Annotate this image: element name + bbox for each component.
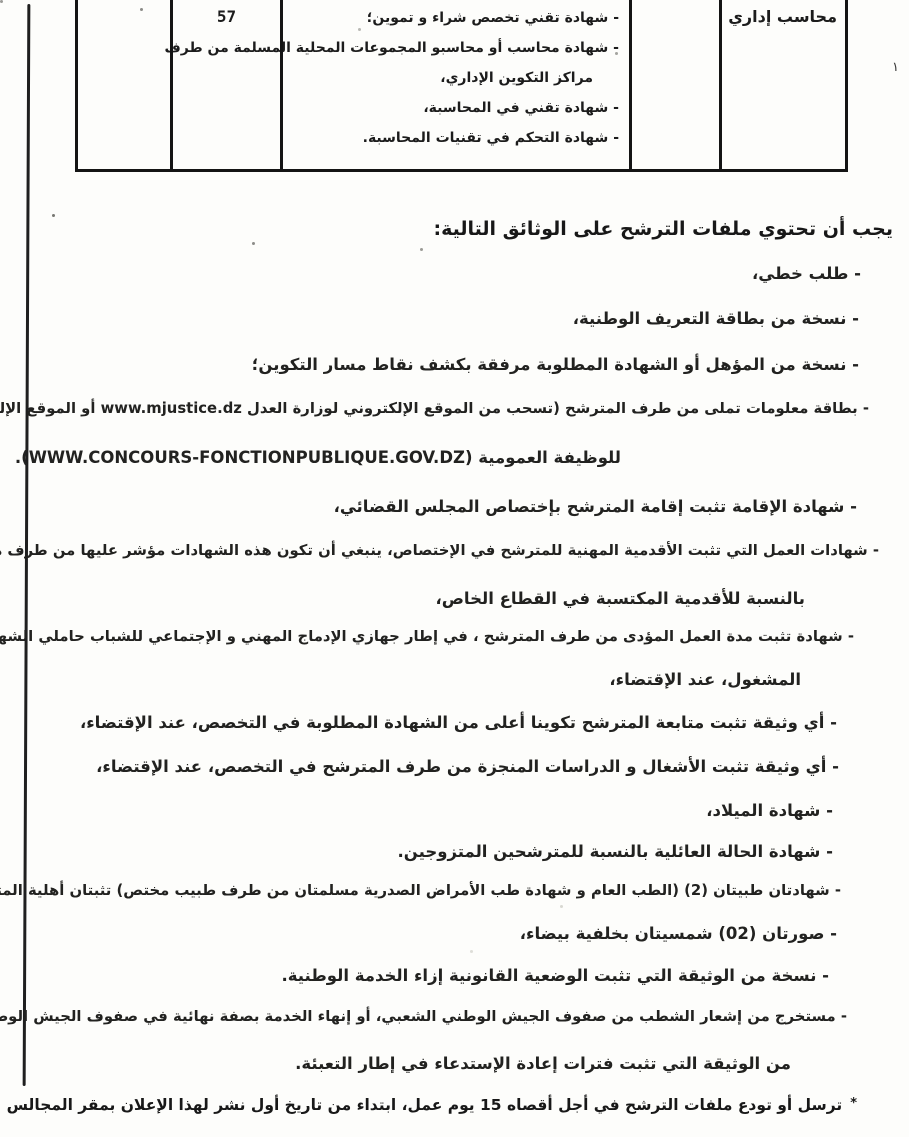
list-item: - شهادة الحالة العائلية بالنسبة للمترشحي… [398,842,833,861]
scanned-announcement-page: محاسب إداري - شهادة تقني تخصص شراء و تمو… [0,0,909,1137]
certificate-line: - شهادة محاسب أو محاسبو المجموعات المحلي… [287,33,619,63]
list-item: - نسخة من بطاقة التعريف الوطنية، [573,309,859,328]
list-item: - طلب خطي، [752,264,861,283]
certificate-line: - شهادة التحكم في تقنيات المحاسبة. [287,123,619,153]
list-item-continuation: من الوثيقة التي تثبت فترات إعادة الإستدع… [295,1054,791,1073]
table-cell-empty [632,0,722,169]
list-item: - أي وثيقة تثبت متابعة المترشح تكوينا أع… [80,713,837,732]
list-item-continuation: المشغول، عند الإقتضاء، [609,670,801,689]
list-item: - شهادات العمل التي تثبت الأقدمية المهني… [0,542,879,559]
list-item: - بطاقة معلومات تملى من طرف المترشح (تسح… [0,400,869,417]
list-item-continuation: للوظيفة العمومية (WWW.CONCOURS-FONCTIONP… [15,448,621,467]
certificate-line: - شهادة تقني تخصص شراء و تموين؛ [287,3,619,33]
list-item-continuation: بالنسبة للأقدمية المكتسبة في القطاع الخا… [435,589,805,608]
table-cell-empty [81,0,173,169]
certificate-line: - شهادة تقني في المحاسبة، [287,93,619,123]
list-item: - نسخة من الوثيقة التي تثبت الوضعية القا… [282,966,829,985]
list-item: - شهادة الإقامة تثبت إقامة المترشح بإختص… [334,497,857,516]
list-item: - شهادة تثبت مدة العمل المؤدى من طرف الم… [0,628,854,645]
requirements-heading: يجب أن تحتوي ملفات الترشح على الوثائق ال… [434,218,894,240]
positions-count-text: 57 [217,7,236,26]
footer-text: ترسل أو تودع ملفات الترشح في أجل أقصاه 1… [0,1096,842,1114]
list-item: - شهادتان طبيتان (2) (الطب العام و شهادة… [0,882,841,899]
certificate-line: مراكز التكوين الإداري، [287,63,619,93]
list-item: - نسخة من المؤهل أو الشهادة المطلوبة مرف… [252,355,859,374]
list-item: - أي وثيقة تثبت الأشغال و الدراسات المنج… [96,757,839,776]
table-cell-job-title: محاسب إداري [722,0,845,169]
positions-table: محاسب إداري - شهادة تقني تخصص شراء و تمو… [75,0,848,172]
submission-deadline-note: *ترسل أو تودع ملفات الترشح في أجل أقصاه … [0,1096,857,1114]
scan-specks [0,0,3,3]
stray-mark: ١ [892,60,899,75]
list-item: - شهادة الميلاد، [706,801,833,820]
list-item: - مستخرج من إشعار الشطب من صفوف الجيش ال… [0,1008,847,1025]
footer-bullet: * [842,1096,857,1111]
table-cell-required-certificates: - شهادة تقني تخصص شراء و تموين؛ - شهادة … [283,0,632,169]
job-title-text: محاسب إداري [728,7,837,26]
table-cell-positions-count: 57 [173,0,283,169]
list-item: - صورتان (02) شمسيتان بخلفية بيضاء، [520,924,837,943]
